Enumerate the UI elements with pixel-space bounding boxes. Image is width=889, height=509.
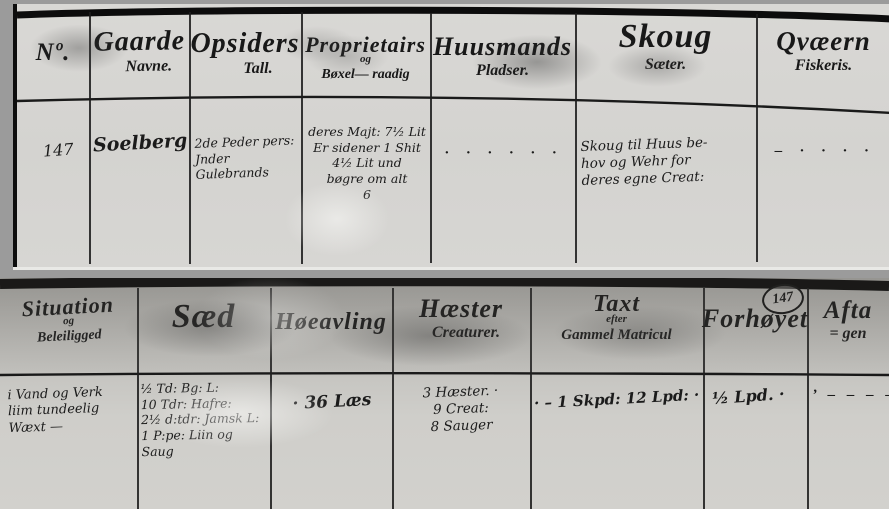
- col-header-huusmands-pladser: Huusmands Pladser.: [432, 34, 573, 79]
- col-header-qvaern-fiskeris: Qvæern Fiskeris.: [758, 28, 889, 74]
- col-header-taxt: Taxt efter Gammel Matricul: [532, 292, 701, 343]
- col-header-hoeavling: Høeavling: [272, 310, 390, 334]
- col-header-situation: Situation og Beleiligged: [1, 293, 136, 348]
- cell-opsiders: 2de Peder pers: Jnder Gulebrands: [194, 132, 302, 183]
- col-header-no: Nº.: [19, 40, 87, 66]
- cell-huusmands-dashes: · · · · · ·: [435, 144, 573, 163]
- cell-haester-creaturer: 3 Hæster. · 9 Creat: 8 Sauger: [397, 382, 525, 437]
- col-header-saed: Sæd: [139, 300, 268, 335]
- cell-qvaern-dashes: – · · · ·: [763, 142, 887, 161]
- col-header-haester-creaturer: Hæster Creaturer.: [394, 296, 528, 341]
- register-strip-top: Nº. Gaarde Navne. Opsiders Tall. Proprie…: [13, 4, 889, 267]
- col-header-proprietairs: Proprietairs og Bøxel— raadig: [303, 34, 428, 82]
- col-header-skoug-saeter: Skoug Sæter.: [577, 20, 754, 73]
- col-header-aftagen: Afta = gen: [809, 298, 887, 342]
- col-header-opsiders-tall: Opsiders Tall.: [191, 30, 299, 77]
- cell-farm-name: Soelberg: [92, 130, 189, 159]
- cell-proprietairs: deres Majt: 7½ Lit Er sidener 1 Shit 4½ …: [307, 124, 427, 202]
- cell-aftagen-dashes: ’ – – – –: [812, 386, 886, 405]
- col-header-no-label: Nº.: [36, 40, 71, 66]
- cell-situation: i Vand og Verk liim tundeelig Wæxt —: [7, 384, 135, 437]
- cell-saed: ½ Td: Bg: L: 10 Tdr: Hafre: 2½ d:tdr: Ja…: [140, 379, 267, 459]
- cell-farm-number: 147: [42, 138, 89, 161]
- register-strip-bottom: Situation og Beleiligged Sæd Høeavling H…: [0, 278, 889, 509]
- col-header-gaarde-navne: Gaarde Navne.: [91, 27, 189, 76]
- cell-skoug-saeter: Skoug til Huus be- hov og Wehr for deres…: [580, 133, 754, 190]
